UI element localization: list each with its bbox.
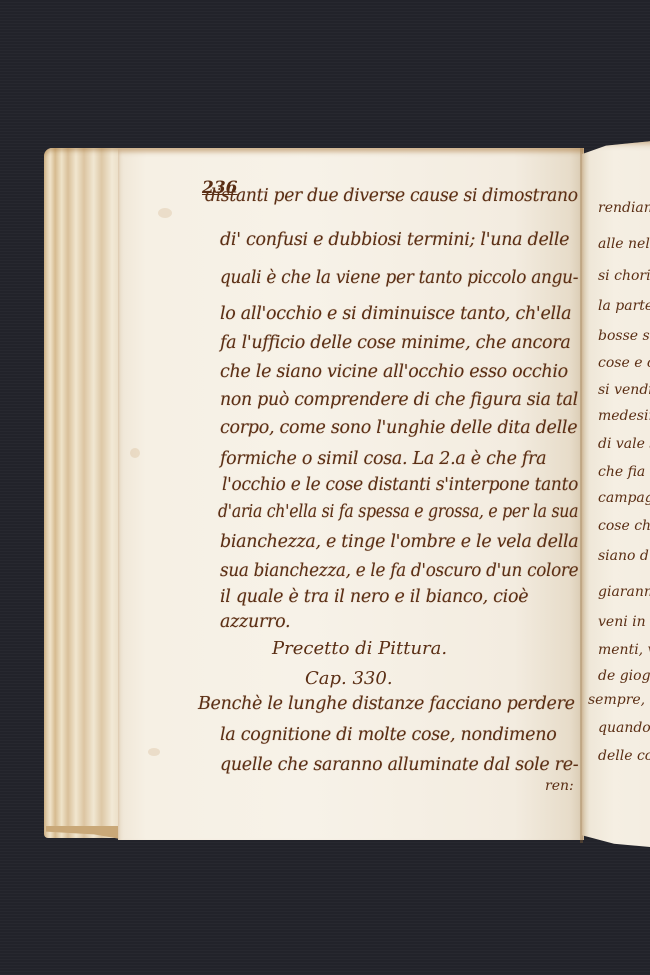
text-line: fa l'ufficio delle cose minime, che anco… [220,333,570,353]
fore-edge-page-stack [44,148,124,838]
text-line: Benchè le lunghe distanze facciano perde… [198,694,575,714]
text-line: quali è che la viene per tanto piccolo a… [220,268,578,288]
right-page-fragment: sempre, quen [588,692,650,708]
chapter-heading: Cap. 330. [305,668,393,689]
text-line: l'occhio e le cose distanti s'interpone … [222,475,578,495]
catchword: ren: [545,778,574,794]
right-page-fragment: la parte a [598,298,650,314]
right-page-fragment: che fia azz [598,464,650,480]
right-page-fragment: cose e con [598,355,650,371]
right-page-fragment: de gioghi [598,668,650,684]
text-line: non può comprendere di che figura sia ta… [220,390,578,410]
right-page-fragment: medesima [598,408,650,424]
text-line: che le siano vicine all'occhio esso occh… [220,362,568,382]
right-page-fragment: quando [598,720,650,736]
right-page-fragment: siano d'en [598,548,650,564]
section-title: Precetto di Pittura. [272,638,447,659]
right-page-fragment: bosse si d [598,328,650,344]
text-line: bianchezza, e tinge l'ombre e le vela de… [220,532,578,552]
text-line: la cognitione di molte cose, nondimeno [220,725,556,745]
right-page-fragment: si vendi [598,382,650,398]
text-line: sua bianchezza, e le fa d'oscuro d'un co… [220,561,578,581]
right-page-fragment: cose che fi [598,518,650,534]
foxing-stain [158,208,172,218]
text-line: distanti per due diverse cause si dimost… [205,186,578,206]
text-line: azzurro. [220,612,290,632]
text-line: il quale è tra il nero e il bianco, cioè [220,587,528,607]
right-page-fragment: alle nelle [598,236,650,252]
right-page-fragment: giaranno [598,584,650,600]
foxing-stain [130,448,140,458]
right-page-fragment: di vale sia [598,436,650,452]
text-line: d'aria ch'ella si fa spessa e grossa, e … [218,502,578,522]
text-line: di' confusi e dubbiosi termini; l'una de… [220,230,569,250]
right-page-fragment: veni in [598,614,646,630]
manuscript-book: 236 distanti per due diverse cause si di… [0,0,650,975]
right-page-fragment: si chorin [598,268,650,284]
text-line: corpo, come sono l'unghie delle dita del… [220,418,577,438]
foxing-stain [148,748,160,756]
text-line: quelle che saranno alluminate dal sole r… [220,755,578,775]
right-page-fragment: campagna [598,490,650,506]
right-page-fragment: menti, vo [598,642,650,658]
right-page-fragment: rendiano [598,200,650,216]
right-page-fragment: delle cose [598,748,650,764]
text-line: formiche o simil cosa. La 2.a è che fra [220,449,546,469]
text-line: lo all'occhio e si diminuisce tanto, ch'… [220,304,571,324]
